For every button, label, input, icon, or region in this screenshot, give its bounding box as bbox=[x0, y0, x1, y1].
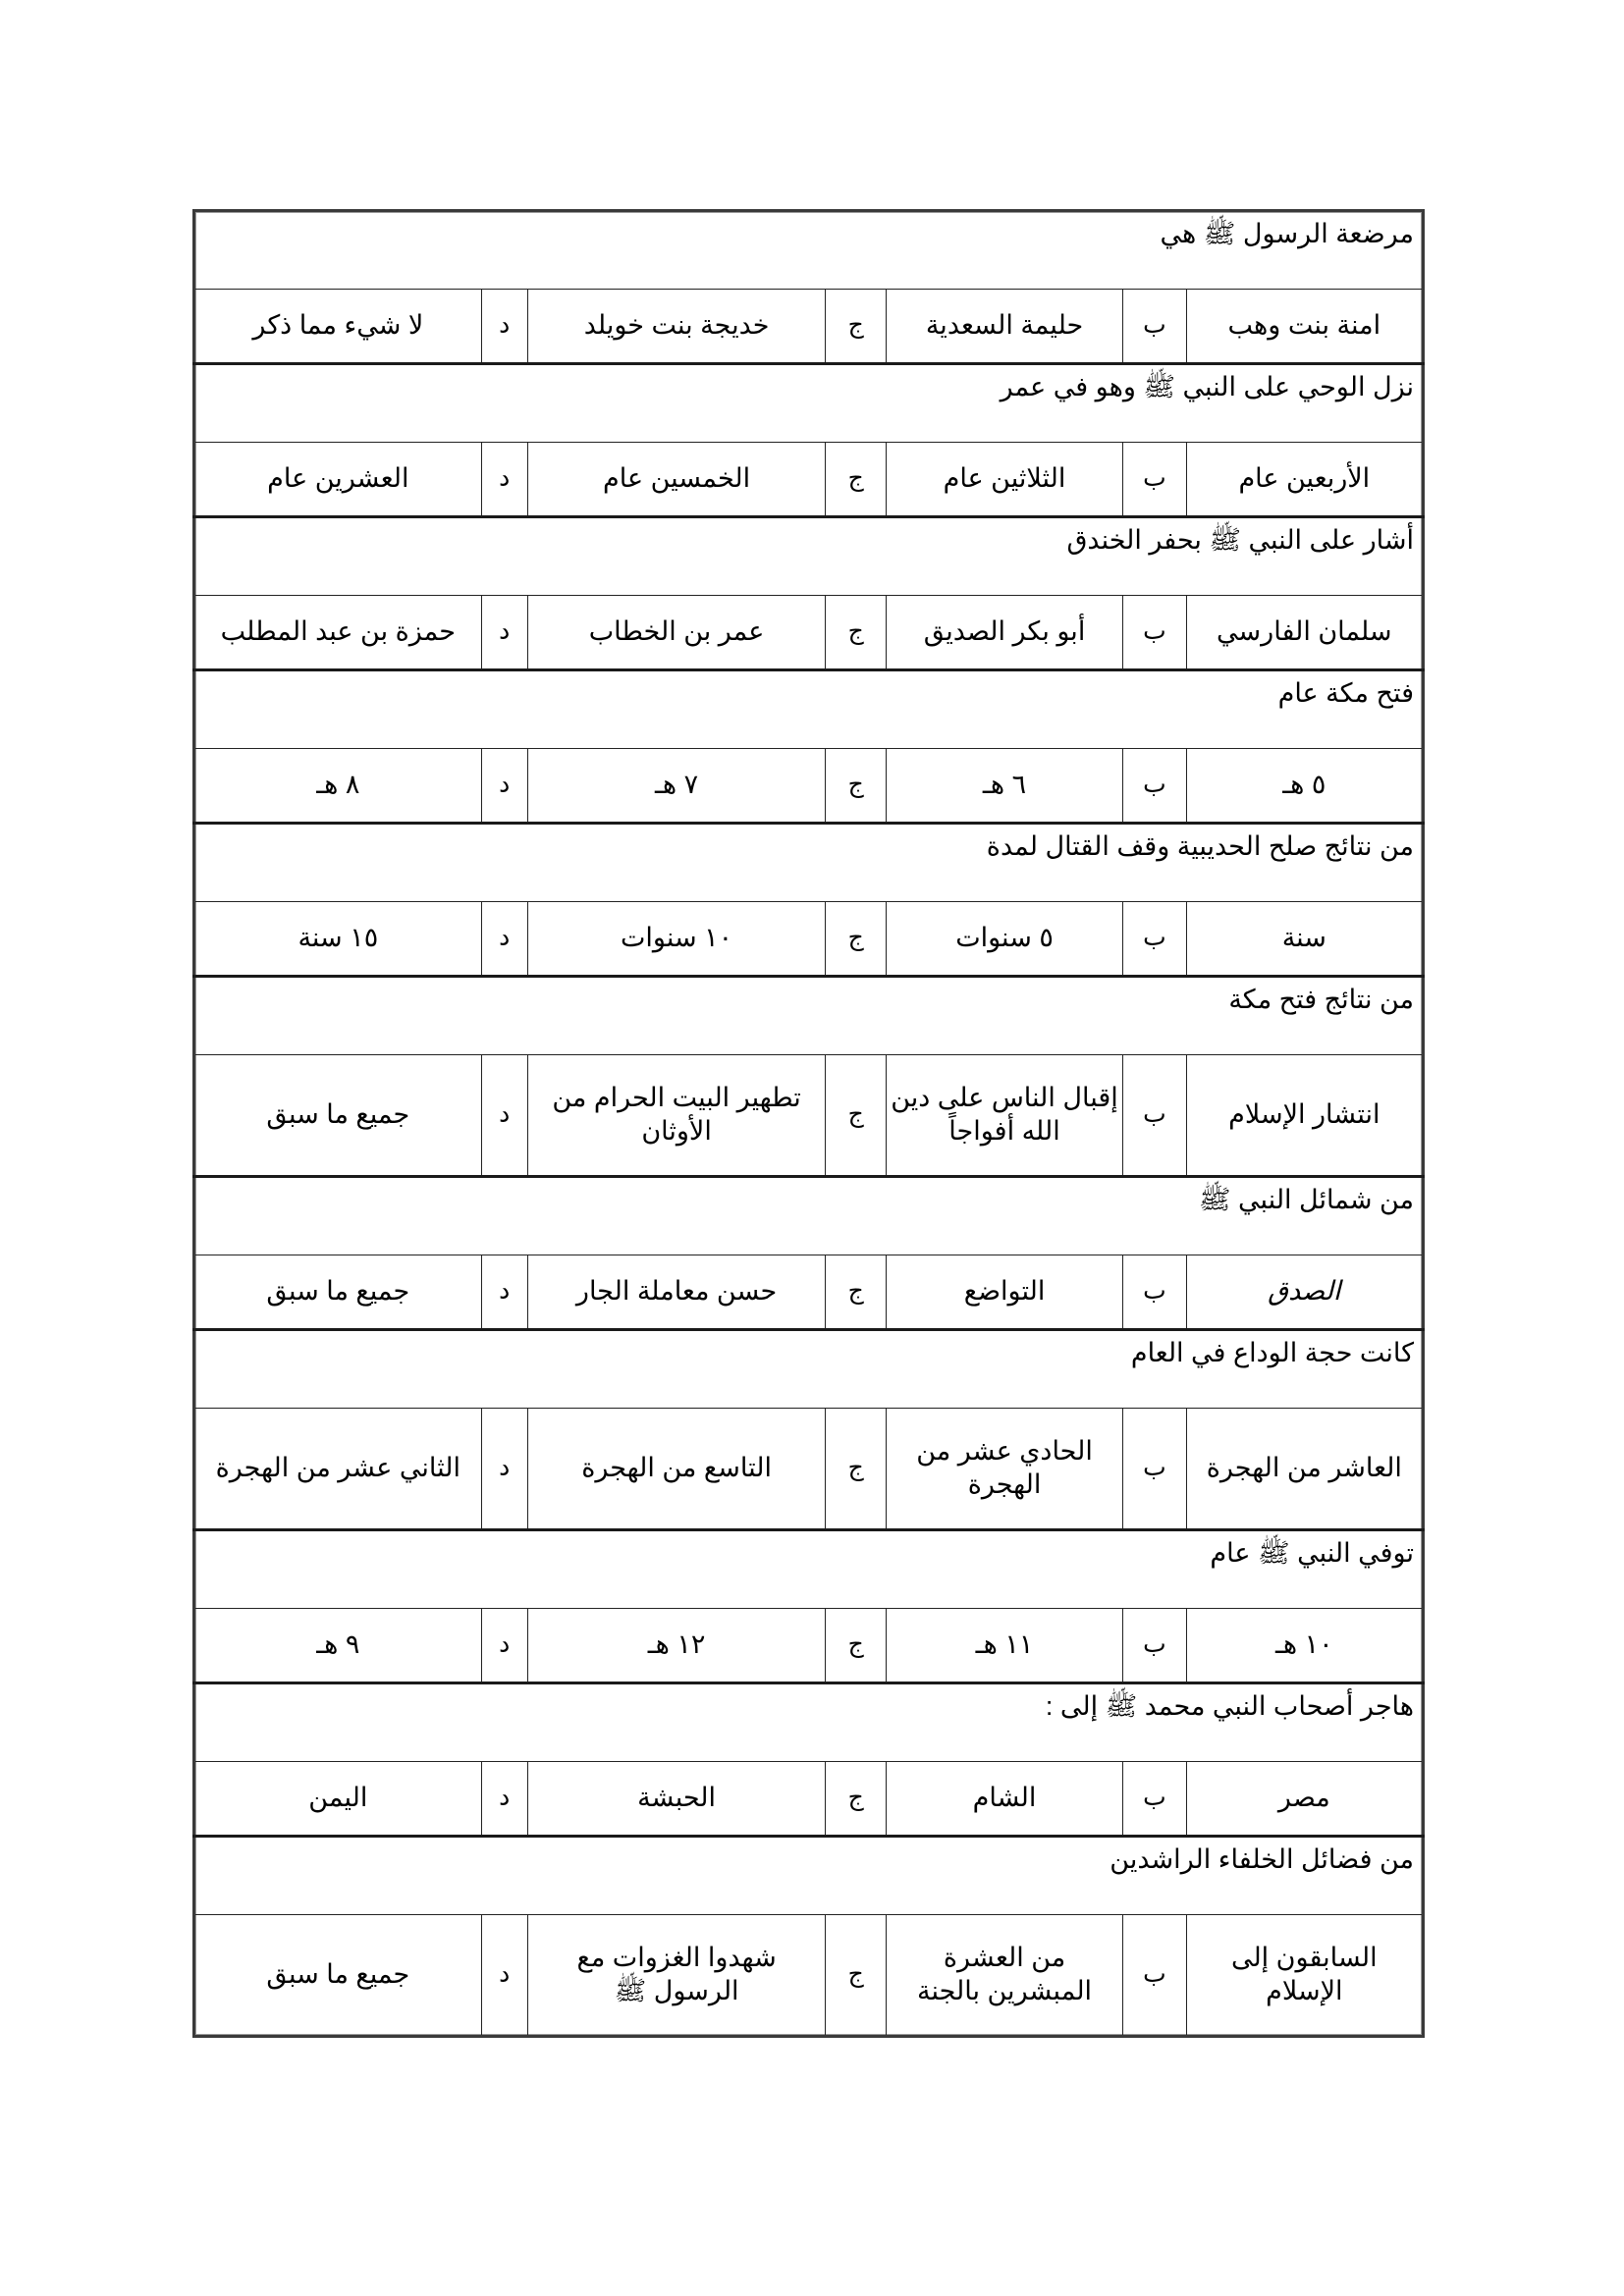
option-c-text: ٧ هـ bbox=[527, 749, 826, 824]
option-b-letter: ب bbox=[1123, 1609, 1186, 1683]
option-a-text: الأربعين عام bbox=[1186, 443, 1423, 517]
options-row: ٥ هـ ب ٦ هـ ج ٧ هـ د ٨ هـ bbox=[194, 749, 1424, 824]
option-c-text: ١٠ سنوات bbox=[527, 902, 826, 977]
question-row: توفي النبي ﷺ عام bbox=[194, 1530, 1424, 1609]
option-a-text: ٥ هـ bbox=[1186, 749, 1423, 824]
option-a-text: ١٠ هـ bbox=[1186, 1609, 1423, 1683]
question-row: أشار على النبي ﷺ بحفر الخندق bbox=[194, 517, 1424, 596]
options-row: سنة ب ٥ سنوات ج ١٠ سنوات د ١٥ سنة bbox=[194, 902, 1424, 977]
option-c-letter: ج bbox=[826, 1255, 886, 1330]
option-b-text: إقبال الناس على دين الله أفواجاً bbox=[886, 1055, 1122, 1177]
question-row: مرضعة الرسول ﷺ هي bbox=[194, 211, 1424, 290]
option-b-letter: ب bbox=[1123, 596, 1186, 670]
options-row: مصر ب الشام ج الحبشة د اليمن bbox=[194, 1762, 1424, 1837]
option-b-text: من العشرة المبشرين بالجنة bbox=[886, 1915, 1122, 2037]
option-d-letter: د bbox=[481, 1409, 527, 1530]
option-a-text: مصر bbox=[1186, 1762, 1423, 1837]
option-a-text: السابقون إلى الإسلام bbox=[1186, 1915, 1423, 2037]
option-c-letter: ج bbox=[826, 290, 886, 364]
option-d-text: ١٥ سنة bbox=[194, 902, 482, 977]
option-d-letter: د bbox=[481, 1762, 527, 1837]
quiz-page: مرضعة الرسول ﷺ هي امنة بنت وهب ب حليمة ا… bbox=[192, 209, 1425, 2038]
question-text: من فضائل الخلفاء الراشدين bbox=[194, 1837, 1424, 1915]
option-d-text: الثاني عشر من الهجرة bbox=[194, 1409, 482, 1530]
option-c-text: خديجة بنت خويلد bbox=[527, 290, 826, 364]
option-a-text: سلمان الفارسي bbox=[1186, 596, 1423, 670]
option-c-letter: ج bbox=[826, 1609, 886, 1683]
option-d-text: ٨ هـ bbox=[194, 749, 482, 824]
option-b-text: الثلاثين عام bbox=[886, 443, 1122, 517]
option-d-text: لا شيء مما ذكر bbox=[194, 290, 482, 364]
option-b-letter: ب bbox=[1123, 443, 1186, 517]
option-c-text: الحبشة bbox=[527, 1762, 826, 1837]
option-c-letter: ج bbox=[826, 749, 886, 824]
option-b-letter: ب bbox=[1123, 290, 1186, 364]
option-b-letter: ب bbox=[1123, 1255, 1186, 1330]
option-b-text: الشام bbox=[886, 1762, 1122, 1837]
option-b-letter: ب bbox=[1123, 1055, 1186, 1177]
question-text: كانت حجة الوداع في العام bbox=[194, 1330, 1424, 1409]
option-d-text: جميع ما سبق bbox=[194, 1915, 482, 2037]
option-b-letter: ب bbox=[1123, 1915, 1186, 2037]
option-c-letter: ج bbox=[826, 1055, 886, 1177]
question-row: من شمائل النبي ﷺ bbox=[194, 1177, 1424, 1255]
question-row: من نتائج فتح مكة bbox=[194, 977, 1424, 1055]
question-row: هاجر أصحاب النبي محمد ﷺ إلى : bbox=[194, 1683, 1424, 1762]
options-row: الصدق ب التواضع ج حسن معاملة الجار د جمي… bbox=[194, 1255, 1424, 1330]
option-c-letter: ج bbox=[826, 443, 886, 517]
option-b-letter: ب bbox=[1123, 749, 1186, 824]
option-b-text: الحادي عشر من الهجرة bbox=[886, 1409, 1122, 1530]
option-c-text: شهدوا الغزوات مع الرسول ﷺ bbox=[527, 1915, 826, 2037]
option-b-text: التواضع bbox=[886, 1255, 1122, 1330]
question-text: من نتائج صلح الحديبية وقف القتال لمدة bbox=[194, 824, 1424, 902]
options-row: ١٠ هـ ب ١١ هـ ج ١٢ هـ د ٩ هـ bbox=[194, 1609, 1424, 1683]
option-b-text: ١١ هـ bbox=[886, 1609, 1122, 1683]
question-row: من نتائج صلح الحديبية وقف القتال لمدة bbox=[194, 824, 1424, 902]
option-d-text: العشرين عام bbox=[194, 443, 482, 517]
option-d-letter: د bbox=[481, 1609, 527, 1683]
question-text: من نتائج فتح مكة bbox=[194, 977, 1424, 1055]
option-b-text: حليمة السعدية bbox=[886, 290, 1122, 364]
option-a-text: انتشار الإسلام bbox=[1186, 1055, 1423, 1177]
option-b-text: أبو بكر الصديق bbox=[886, 596, 1122, 670]
option-c-text: ١٢ هـ bbox=[527, 1609, 826, 1683]
question-row: فتح مكة عام bbox=[194, 670, 1424, 749]
question-text: توفي النبي ﷺ عام bbox=[194, 1530, 1424, 1609]
options-row: انتشار الإسلام ب إقبال الناس على دين الل… bbox=[194, 1055, 1424, 1177]
option-a-text: العاشر من الهجرة bbox=[1186, 1409, 1423, 1530]
options-row: العاشر من الهجرة ب الحادي عشر من الهجرة … bbox=[194, 1409, 1424, 1530]
option-d-letter: د bbox=[481, 596, 527, 670]
option-b-letter: ب bbox=[1123, 1762, 1186, 1837]
option-c-letter: ج bbox=[826, 1409, 886, 1530]
option-d-letter: د bbox=[481, 1055, 527, 1177]
option-d-letter: د bbox=[481, 902, 527, 977]
option-d-letter: د bbox=[481, 290, 527, 364]
option-b-text: ٥ سنوات bbox=[886, 902, 1122, 977]
option-c-letter: ج bbox=[826, 1762, 886, 1837]
option-d-letter: د bbox=[481, 749, 527, 824]
option-c-letter: ج bbox=[826, 1915, 886, 2037]
option-c-letter: ج bbox=[826, 902, 886, 977]
question-row: نزل الوحي على النبي ﷺ وهو في عمر bbox=[194, 364, 1424, 443]
option-b-letter: ب bbox=[1123, 902, 1186, 977]
option-c-text: التاسع من الهجرة bbox=[527, 1409, 826, 1530]
option-c-letter: ج bbox=[826, 596, 886, 670]
option-d-text: اليمن bbox=[194, 1762, 482, 1837]
question-text: مرضعة الرسول ﷺ هي bbox=[194, 211, 1424, 290]
option-d-text: حمزة بن عبد المطلب bbox=[194, 596, 482, 670]
options-row: سلمان الفارسي ب أبو بكر الصديق ج عمر بن … bbox=[194, 596, 1424, 670]
option-d-letter: د bbox=[481, 1255, 527, 1330]
question-text: من شمائل النبي ﷺ bbox=[194, 1177, 1424, 1255]
option-c-text: الخمسين عام bbox=[527, 443, 826, 517]
quiz-table: مرضعة الرسول ﷺ هي امنة بنت وهب ب حليمة ا… bbox=[192, 209, 1425, 2038]
options-row: الأربعين عام ب الثلاثين عام ج الخمسين عا… bbox=[194, 443, 1424, 517]
question-row: كانت حجة الوداع في العام bbox=[194, 1330, 1424, 1409]
question-text: هاجر أصحاب النبي محمد ﷺ إلى : bbox=[194, 1683, 1424, 1762]
option-b-text: ٦ هـ bbox=[886, 749, 1122, 824]
question-text: نزل الوحي على النبي ﷺ وهو في عمر bbox=[194, 364, 1424, 443]
question-row: من فضائل الخلفاء الراشدين bbox=[194, 1837, 1424, 1915]
options-row: امنة بنت وهب ب حليمة السعدية ج خديجة بنت… bbox=[194, 290, 1424, 364]
option-c-text: عمر بن الخطاب bbox=[527, 596, 826, 670]
option-b-letter: ب bbox=[1123, 1409, 1186, 1530]
option-a-text: امنة بنت وهب bbox=[1186, 290, 1423, 364]
option-d-letter: د bbox=[481, 443, 527, 517]
question-text: أشار على النبي ﷺ بحفر الخندق bbox=[194, 517, 1424, 596]
options-row: السابقون إلى الإسلام ب من العشرة المبشري… bbox=[194, 1915, 1424, 2037]
option-d-text: جميع ما سبق bbox=[194, 1255, 482, 1330]
option-d-text: ٩ هـ bbox=[194, 1609, 482, 1683]
option-a-text: سنة bbox=[1186, 902, 1423, 977]
question-text: فتح مكة عام bbox=[194, 670, 1424, 749]
option-c-text: تطهير البيت الحرام من الأوثان bbox=[527, 1055, 826, 1177]
option-c-text: حسن معاملة الجار bbox=[527, 1255, 826, 1330]
option-a-text: الصدق bbox=[1186, 1255, 1423, 1330]
option-d-letter: د bbox=[481, 1915, 527, 2037]
option-d-text: جميع ما سبق bbox=[194, 1055, 482, 1177]
